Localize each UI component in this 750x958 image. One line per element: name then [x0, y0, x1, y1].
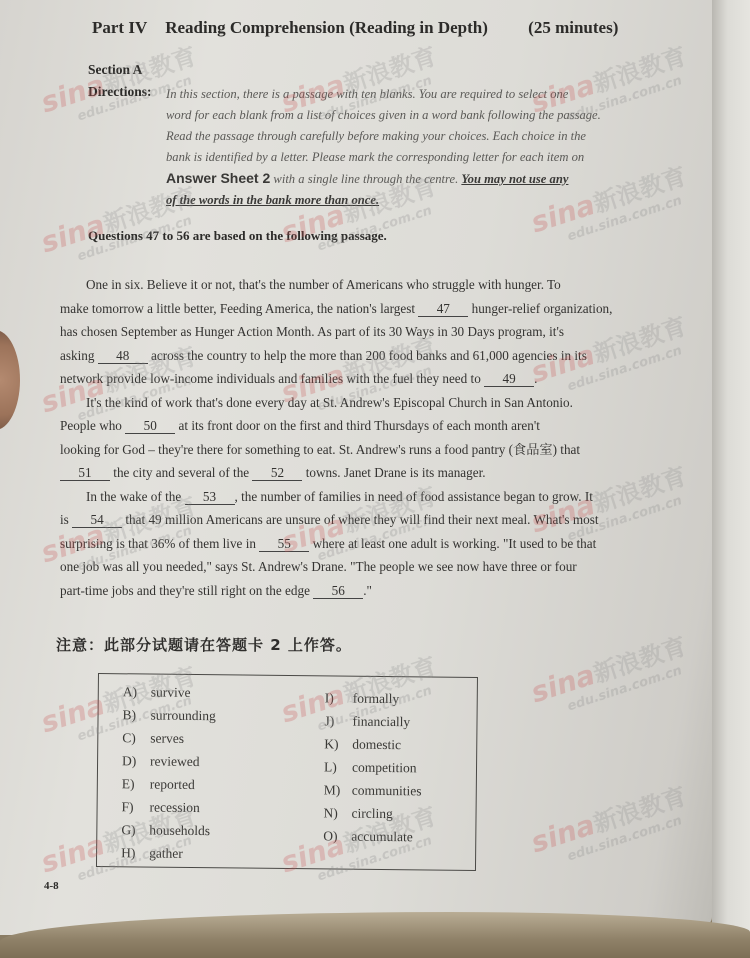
word-bank-word: domestic — [352, 737, 401, 753]
word-bank-item: I)formally — [325, 686, 423, 710]
word-bank-item: N)circling — [323, 801, 421, 825]
word-bank-key: D) — [122, 749, 150, 772]
blank-56: 56 — [313, 584, 363, 599]
part-heading: Reading Comprehension (Reading in Depth) — [165, 18, 488, 37]
passage-line: has chosen September as Hunger Action Mo… — [60, 320, 660, 344]
passage-line: asking 48 across the country to help the… — [60, 344, 660, 368]
warning-text: of the words in the bank more than once — [166, 193, 376, 207]
word-bank-item: L)competition — [324, 755, 422, 779]
blank-48: 48 — [98, 349, 148, 364]
passage-line: one job was all you needed," says St. An… — [60, 555, 660, 579]
word-bank-left-column: A)surviveB)surroundingC)servesD)reviewed… — [121, 680, 216, 865]
word-bank-key: F) — [121, 795, 149, 818]
part-title: Part IV Reading Comprehension (Reading i… — [92, 18, 618, 38]
word-bank-key: A) — [123, 680, 151, 703]
blank-54: 54 — [72, 513, 122, 528]
word-bank-word: recession — [150, 800, 200, 816]
word-bank-item: K)domestic — [324, 732, 422, 756]
blank-55: 55 — [259, 537, 309, 552]
blank-51: 51 — [60, 466, 110, 481]
word-bank-word: competition — [352, 760, 417, 776]
answer-sheet-ref: Answer Sheet 2 — [166, 170, 270, 186]
word-bank-key: I) — [325, 686, 353, 709]
word-bank-key: H) — [121, 841, 149, 864]
part-number: Part IV — [92, 18, 147, 37]
passage-line: surprising is that 36% of them live in 5… — [60, 532, 660, 556]
word-bank: A)surviveB)surroundingC)servesD)reviewed… — [96, 673, 478, 871]
passage-line: People who 50 at its front door on the f… — [60, 414, 660, 438]
word-bank-word: serves — [150, 731, 184, 746]
word-bank-item: G)households — [121, 818, 214, 842]
blank-52: 52 — [252, 466, 302, 481]
answer-note: 注意：此部分试题请在答题卡 2 上作答。 — [56, 634, 352, 655]
word-bank-word: reported — [150, 777, 195, 792]
directions-line: of the words in the bank more than once. — [166, 190, 656, 211]
blank-49: 49 — [484, 372, 534, 387]
passage: One in six. Believe it or not, that's th… — [60, 273, 660, 602]
word-bank-item: B)surrounding — [122, 703, 215, 727]
word-bank-key: J) — [324, 709, 352, 732]
word-bank-item: M)communities — [324, 778, 422, 802]
word-bank-item: A)survive — [123, 680, 216, 704]
word-bank-key: E) — [122, 772, 150, 795]
word-bank-key: G) — [121, 818, 149, 841]
page-number: 4-8 — [44, 880, 59, 892]
passage-line: part-time jobs and they're still right o… — [60, 579, 660, 603]
word-bank-word: survive — [151, 685, 191, 700]
word-bank-right-column: I)formallyJ)financiallyK)domesticL)compe… — [323, 686, 422, 848]
directions-line: Read the passage through carefully befor… — [166, 126, 656, 147]
word-bank-key: K) — [324, 732, 352, 755]
questions-heading: Questions 47 to 56 are based on the foll… — [88, 228, 387, 244]
directions-line: word for each blank from a list of choic… — [166, 105, 656, 126]
word-bank-item: E)reported — [122, 772, 215, 796]
blank-53: 53 — [185, 490, 235, 505]
word-bank-item: H)gather — [121, 841, 214, 865]
passage-line: network provide low-income individuals a… — [60, 367, 660, 391]
word-bank-item: J)financially — [324, 709, 422, 733]
passage-line: looking for God – they're there for some… — [60, 438, 660, 462]
blank-50: 50 — [125, 419, 175, 434]
word-bank-key: L) — [324, 755, 352, 778]
word-bank-item: O)accumulate — [323, 824, 421, 848]
directions-line: Answer Sheet 2 with a single line throug… — [166, 168, 656, 190]
passage-line: In the wake of the 53, the number of fam… — [60, 485, 660, 509]
word-bank-item: C)serves — [122, 726, 215, 750]
word-bank-word: households — [149, 823, 210, 839]
word-bank-word: formally — [353, 691, 400, 706]
time-limit: (25 minutes) — [528, 18, 618, 37]
word-bank-word: financially — [352, 714, 410, 730]
directions-label: Directions: — [88, 84, 152, 100]
word-bank-key: C) — [122, 726, 150, 749]
passage-line: One in six. Believe it or not, that's th… — [60, 273, 660, 297]
word-bank-word: communities — [352, 783, 422, 799]
passage-line: It's the kind of work that's done every … — [60, 391, 660, 415]
word-bank-word: gather — [149, 846, 183, 861]
directions-text: In this section, there is a passage with… — [166, 84, 656, 211]
section-label: Section A — [88, 62, 142, 78]
warning-text: You may not use any — [461, 172, 568, 186]
word-bank-word: reviewed — [150, 754, 200, 770]
word-bank-word: circling — [351, 806, 392, 821]
word-bank-word: surrounding — [150, 708, 215, 724]
directions-line: In this section, there is a passage with… — [166, 84, 656, 105]
word-bank-item: D)reviewed — [122, 749, 215, 773]
word-bank-word: accumulate — [351, 829, 413, 845]
passage-line: make tomorrow a little better, Feeding A… — [60, 297, 660, 321]
word-bank-key: M) — [324, 778, 352, 801]
word-bank-key: N) — [323, 801, 351, 824]
blank-47: 47 — [418, 302, 468, 317]
passage-line: is 54 that 49 million Americans are unsu… — [60, 508, 660, 532]
word-bank-key: B) — [122, 703, 150, 726]
directions-line: bank is identified by a letter. Please m… — [166, 147, 656, 168]
next-page-edge — [712, 0, 750, 935]
passage-line: 51 the city and several of the 52 towns.… — [60, 461, 660, 485]
word-bank-key: O) — [323, 824, 351, 847]
word-bank-item: F)recession — [121, 795, 214, 819]
